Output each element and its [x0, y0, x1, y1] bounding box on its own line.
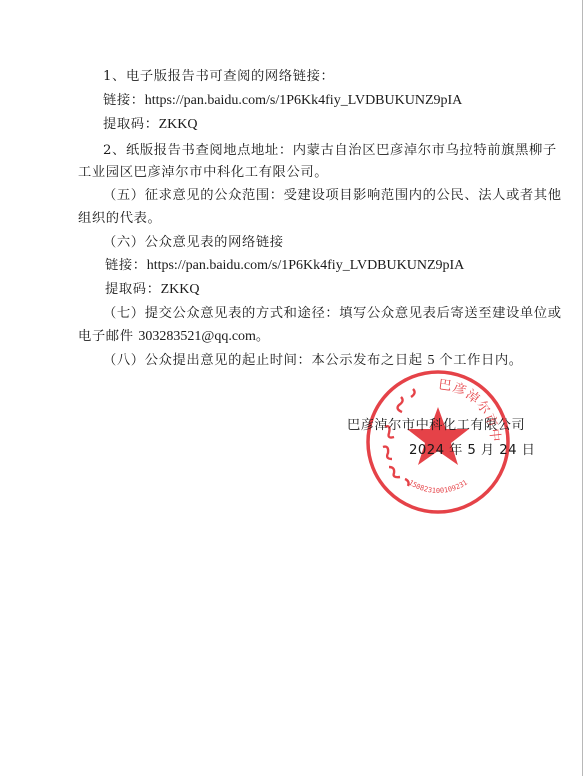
date-year-unit: 年 — [444, 443, 467, 458]
section5-line2: 组织的代表。 — [78, 211, 161, 227]
date-day-unit: 日 — [517, 443, 535, 458]
section5-line2-text: 组织的代表。 — [78, 211, 161, 226]
section7-line1-text: （七）提交公众意见表的方式和途径：填写公众意见表后寄送至建设单位或 — [103, 306, 562, 321]
item2-line1-text: 2、纸版报告书查阅地点地址：内蒙古自治区巴彦淖尔市乌拉特前旗黑柳子 — [103, 143, 557, 158]
section7-email-label: 电子邮件 — [78, 329, 138, 344]
section6-code-label: 提取码： — [105, 282, 161, 297]
item2-line2: 工业园区巴彦淖尔市中科化工有限公司。 — [78, 165, 328, 181]
section8-prefix: （八）公众提出意见的起止时间：本公示发布之日起 — [103, 353, 427, 368]
item1-link-url[interactable]: https://pan.baidu.com/s/1P6Kk4fiy_LVDBUK… — [145, 93, 463, 108]
item1-link-label: 链接： — [103, 93, 145, 108]
item1-code-label: 提取码： — [103, 117, 159, 132]
item1-code-value: ZKKQ — [159, 117, 198, 132]
item2-line1: 2、纸版报告书查阅地点地址：内蒙古自治区巴彦淖尔市乌拉特前旗黑柳子 — [103, 143, 557, 159]
section5-line1: （五）征求意见的公众范围：受建设项目影响范围内的公民、法人或者其他 — [103, 188, 562, 204]
section6-heading-text: （六）公众意见表的网络链接 — [103, 235, 284, 250]
section6-link-line: 链接：https://pan.baidu.com/s/1P6Kk4fiy_LVD… — [105, 258, 464, 274]
seal-registration-code: 150823100109231 — [407, 479, 469, 495]
section6-code-line: 提取码：ZKKQ — [105, 282, 199, 298]
signature-date: 2024 年 5 月 24 日 — [409, 443, 535, 459]
section6-link-url[interactable]: https://pan.baidu.com/s/1P6Kk4fiy_LVDBUK… — [147, 258, 465, 273]
item1-heading: 1、电子版报告书可查阅的网络链接： — [103, 69, 334, 85]
date-month-unit: 月 — [476, 443, 499, 458]
item1-code-line: 提取码：ZKKQ — [103, 117, 197, 133]
signature-company: 巴彦淖尔市中科化工有限公司 — [347, 418, 525, 434]
section8-suffix: 个工作日内。 — [434, 353, 522, 368]
official-seal-stamp: 巴彦淖尔市中科化工有限公司 150823100109231 — [363, 367, 513, 517]
date-month: 5 — [467, 443, 476, 458]
section7-line2: 电子邮件 303283521@qq.com。 — [78, 329, 270, 345]
seal-mongolian-script-icon — [383, 389, 415, 486]
date-year: 2024 — [409, 443, 444, 458]
page-edge-border — [582, 0, 583, 776]
item1-link-line: 链接：https://pan.baidu.com/s/1P6Kk4fiy_LVD… — [103, 93, 462, 109]
section7-email-address[interactable]: 303283521@qq.com — [138, 329, 256, 344]
section6-code-value: ZKKQ — [161, 282, 200, 297]
item1-heading-text: 1、电子版报告书可查阅的网络链接： — [103, 69, 334, 84]
section7-line2-suffix: 。 — [256, 329, 270, 344]
date-day: 24 — [499, 443, 517, 458]
item2-line2-text: 工业园区巴彦淖尔市中科化工有限公司。 — [78, 165, 328, 180]
signature-company-name: 巴彦淖尔市中科化工有限公司 — [347, 418, 525, 433]
section6-link-label: 链接： — [105, 258, 147, 273]
section6-heading: （六）公众意见表的网络链接 — [103, 235, 284, 251]
section7-line1: （七）提交公众意见表的方式和途径：填写公众意见表后寄送至建设单位或 — [103, 306, 562, 322]
section5-line1-text: （五）征求意见的公众范围：受建设项目影响范围内的公民、法人或者其他 — [103, 188, 562, 203]
